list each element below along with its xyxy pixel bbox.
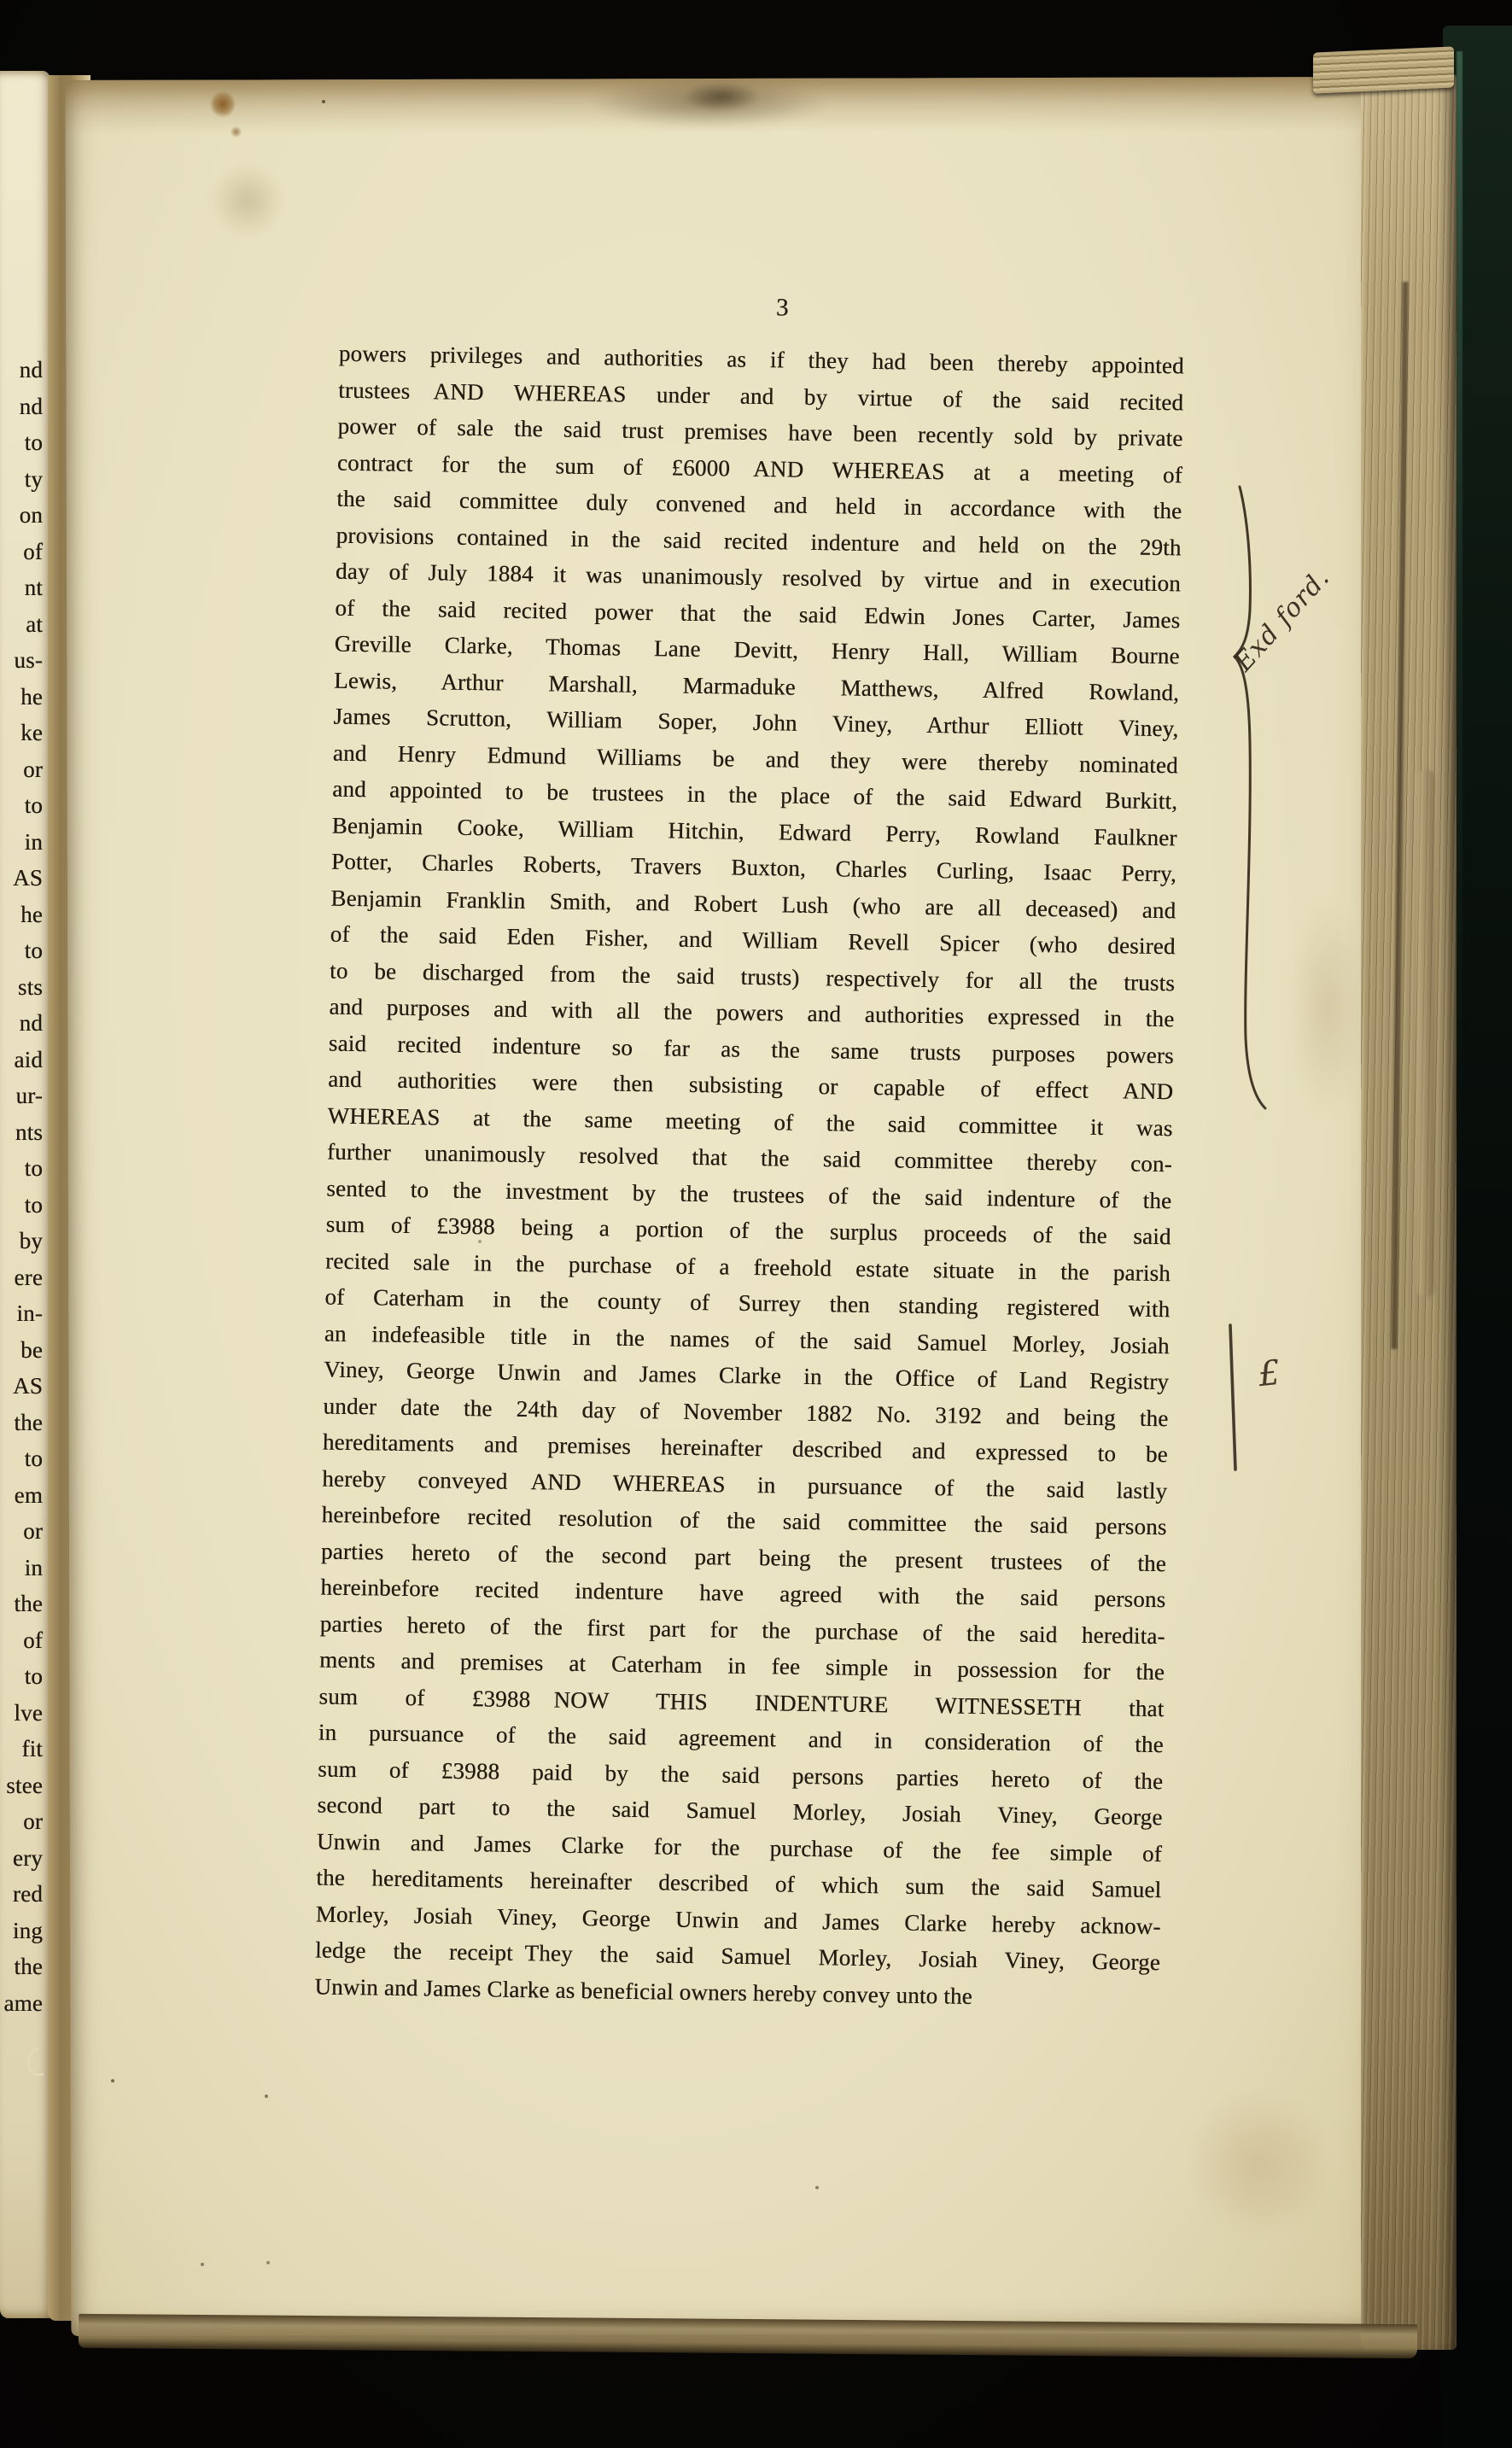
facing-page-text-fragment: or — [0, 1803, 43, 1839]
facing-page-text-fragment: or — [0, 1513, 43, 1549]
facing-page-text-fragment: ing — [0, 1913, 43, 1948]
facing-page-text-fragment: he — [0, 679, 43, 715]
facing-page-text-fragment: AS — [0, 860, 43, 896]
facing-page-text-fragment: nt — [0, 570, 43, 605]
facing-page-text-fragment: ke — [0, 715, 43, 751]
facing-page-text-fragment: us- — [0, 642, 43, 678]
facing-page-text-fragment: aid — [0, 1042, 43, 1078]
facing-page-text-fragment: to — [0, 787, 43, 823]
facing-page-text-fragment: lve — [0, 1695, 43, 1731]
facing-page-text-fragment: in- — [0, 1295, 43, 1331]
printed-text-block: 3 powers privileges and authorities as i… — [314, 284, 1185, 2017]
facing-page-text-fragment: AS — [0, 1368, 43, 1404]
book-scan: ndndtotyonofntatus-hekeortoinAShetostsnd… — [0, 0, 1512, 2448]
fore-edge-highlight — [1417, 768, 1434, 1298]
facing-page-text-fragment: or — [0, 751, 43, 787]
facing-page-text-fragment: ty — [0, 461, 43, 497]
facing-page-text-fragment: nts — [0, 1114, 43, 1150]
facing-page-text-fragment: em — [0, 1477, 43, 1513]
facing-page-text-fragment: ery — [0, 1840, 43, 1876]
page-stack-top-edge — [1313, 46, 1454, 93]
facing-page-text-fragment: at — [0, 606, 43, 642]
facing-page-text-fragment: to — [0, 1658, 43, 1694]
facing-page-text-fragment: he — [0, 897, 43, 932]
document-text: powers privileges and authorities as if … — [314, 336, 1184, 2017]
facing-page-text-fragment: of — [0, 534, 43, 570]
facing-page-text-fragment: ur- — [0, 1078, 43, 1113]
facing-page-text-fragment: nd — [0, 389, 43, 424]
facing-page-text-fragment: sts — [0, 969, 43, 1005]
facing-page-text-fragment: red — [0, 1876, 43, 1912]
facing-page-text-fragment: ame — [0, 1985, 43, 2021]
facing-page-text-fragment: the — [0, 1948, 43, 1984]
facing-page-text-fragment: nd — [0, 352, 43, 388]
facing-page-text-fragment: in — [0, 824, 43, 860]
fore-edge-pages — [1361, 73, 1457, 2350]
facing-page-text-fragment: fit — [0, 1731, 43, 1767]
facing-page-text-fragment: stee — [0, 1767, 43, 1803]
facing-page-text-fragment: by — [0, 1223, 43, 1259]
facing-page-text-fragment: on — [0, 497, 43, 533]
facing-page-text-fragment: the — [0, 1586, 43, 1621]
facing-page-text-fragment: to — [0, 1150, 43, 1186]
facing-page-text-fragment: the — [0, 1405, 43, 1440]
facing-page-text-fragment: to — [0, 1440, 43, 1476]
facing-page-text-fragments: ndndtotyonofntatus-hekeortoinAShetostsnd… — [0, 0, 43, 2448]
handwritten-pound-mark: £ — [1257, 1353, 1282, 1394]
facing-page-text-fragment: in — [0, 1550, 43, 1586]
facing-page-text-fragment: be — [0, 1332, 43, 1368]
facing-page-text-fragment: to — [0, 932, 43, 968]
facing-page-text-fragment: to — [0, 1187, 43, 1223]
facing-page-text-fragment: nd — [0, 1005, 43, 1041]
facing-page-text-fragment: of — [0, 1622, 43, 1658]
facing-page-text-fragment: ere — [0, 1259, 43, 1295]
facing-page-text-fragment: to — [0, 424, 43, 460]
